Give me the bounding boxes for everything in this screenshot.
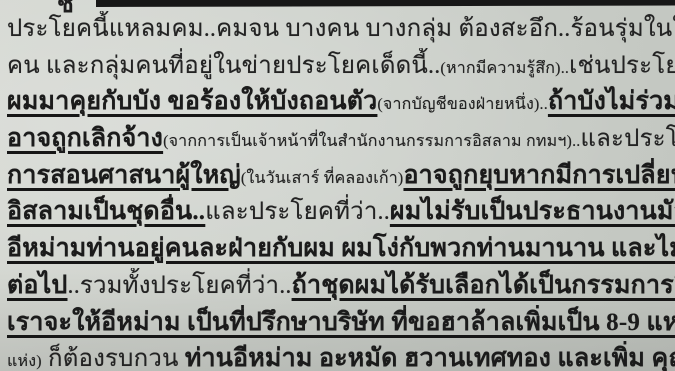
text-segment: ท่านอีหม่าม อะหมัด ฮวานเทศทอง และเพิ่ม ค…	[185, 345, 675, 371]
text-line: ต่อไป..รวมทั้งประโยคที่ว่า..ถ้าชุดผมได้ร…	[7, 268, 675, 305]
text-segment: เช่นประโยคที่ว่า	[569, 53, 675, 79]
text-body: ประโยคนี้แหลมคม..คมจน บางคน บางกลุ่ม ต้อ…	[7, 11, 675, 371]
text-segment: อีหม่ามท่านอยู่คนละฝ่ายกับผม ผมโง่กับพวก…	[7, 235, 675, 262]
text-line: คน และกลุ่มคนที่อยู่ในข่ายประโยคเด็ดนี้.…	[7, 48, 675, 85]
text-segment: เราจะให้อีหม่าม เป็นที่ปรึกษาบริษัท ที่ข…	[7, 309, 675, 336]
text-segment: ผมมาคุยกับบัง ขอร้องให้บังถอนตัว	[7, 88, 377, 115]
text-segment: อิสลามเป็นชุดอื่น..	[7, 198, 205, 225]
text-segment: คน และกลุ่มคนที่อยู่ในข่ายประโยคเด็ดนี้.…	[7, 53, 440, 79]
text-line: แห่ง) ก็ต้องรบกวน ท่านอีหม่าม อะหมัด ฮวา…	[7, 341, 675, 371]
text-segment: (จากการเป็นเจ้าหน้าที่ในสำนักงานกรรมการอ…	[163, 133, 580, 150]
text-segment: ก็ต้องรบกวน	[42, 346, 185, 371]
text-segment: แห่ง)	[7, 353, 42, 370]
clipped-underline	[96, 0, 675, 7]
text-segment: การสอนศาสนาผู้ใหญ่	[7, 162, 241, 189]
text-line: อิสลามเป็นชุดอื่น..และประโยคที่ว่า..ผมไม…	[7, 194, 675, 231]
text-line: การสอนศาสนาผู้ใหญ่(ในวันเสาร์ ที่คลองเก้…	[7, 158, 675, 195]
text-segment: ..รวมทั้งประโยคที่ว่า..	[68, 273, 292, 299]
text-line: ประโยคนี้แหลมคม..คมจน บางคน บางกลุ่ม ต้อ…	[7, 11, 675, 48]
text-segment: และประโยคที่ว่า..	[205, 199, 390, 225]
text-segment: และประโยคที่ว่า..	[580, 126, 675, 152]
text-segment: ถ้าชุดผมได้รับเลือกได้เป็นกรรมการอิสลาม …	[292, 272, 675, 299]
text-segment: ต่อไป	[7, 272, 68, 299]
text-segment: (หากมีความรู้สึก)..	[440, 60, 569, 77]
document-photo: ชั้ ประโยคนี้แหลมคม..คมจน บางคน บางกลุ่ม…	[0, 0, 675, 371]
text-line: อาจถูกเลิกจ้าง(จากการเป็นเจ้าหน้าที่ในสำ…	[7, 121, 675, 158]
text-segment: (จากบัญชีของฝ่ายหนึ่ง)..	[377, 96, 548, 113]
text-segment: อาจถูกเลิกจ้าง	[7, 125, 163, 152]
text-segment: ถ้าบังไม่ร่วมมือลูกบัง	[548, 88, 675, 115]
text-segment: อาจถูกยุบหากมีการเปลี่ยน กรรมการ	[403, 162, 675, 189]
text-segment: ประโยคนี้แหลมคม..คมจน บางคน บางกลุ่ม ต้อ…	[7, 16, 675, 42]
text-segment: ผมไม่รับเป็นประธานงานมัสยิดท่าน เพราะ	[390, 198, 675, 225]
text-line: เราจะให้อีหม่าม เป็นที่ปรึกษาบริษัท ที่ข…	[7, 305, 675, 342]
text-line: ผมมาคุยกับบัง ขอร้องให้บังถอนตัว(จากบัญช…	[7, 84, 675, 121]
text-segment: (ในวันเสาร์ ที่คลองเก้า)	[241, 170, 404, 187]
text-line: อีหม่ามท่านอยู่คนละฝ่ายกับผม ผมโง่กับพวก…	[7, 231, 675, 268]
